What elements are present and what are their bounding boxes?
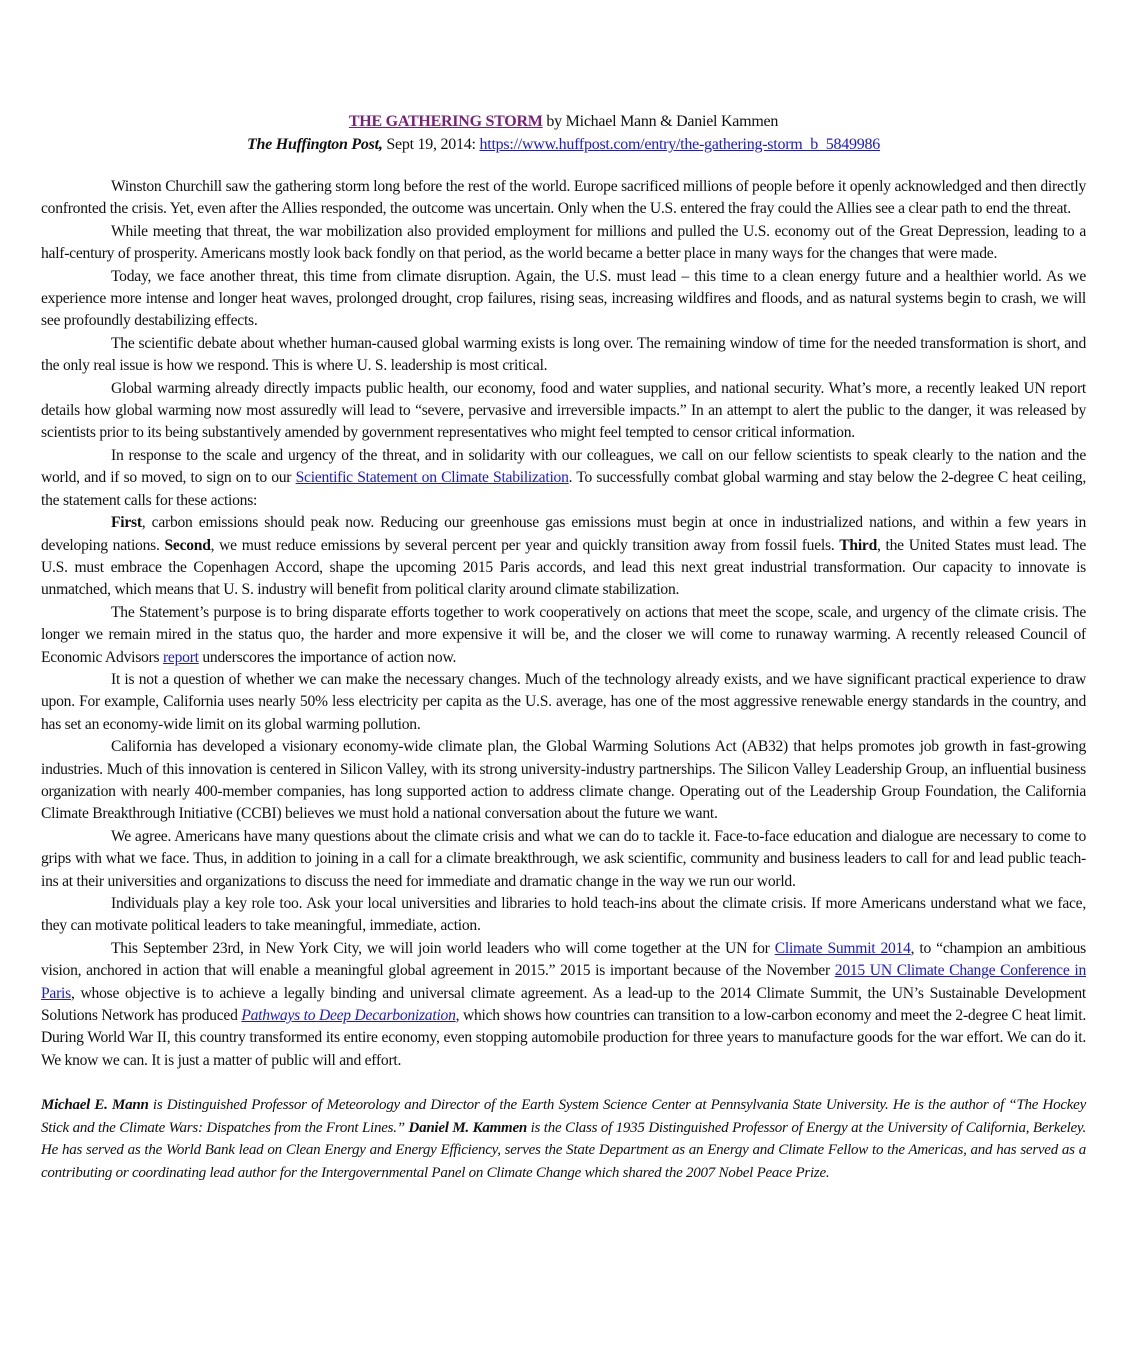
article-title-line: THE GATHERING STORM by Michael Mann & Da… [41,110,1086,133]
paragraph-13: This September 23rd, in New York City, w… [41,938,1086,1072]
publication-date: Sept 19, 2014: [383,136,480,153]
publication-line: The Huffington Post, Sept 19, 2014: http… [41,133,1086,156]
third-label: Third [839,537,877,554]
paragraph-12: Individuals play a key role too. Ask you… [41,893,1086,938]
paragraph-11: We agree. Americans have many questions … [41,826,1086,893]
paragraph-8-text-end: underscores the importance of action now… [199,649,456,666]
report-link[interactable]: report [163,649,199,666]
article-title-link[interactable]: THE GATHERING STORM [349,113,543,130]
second-text: , we must reduce emissions by several pe… [211,537,840,554]
author-name-mann: Michael E. Mann [41,1097,149,1113]
paragraph-5: Global warming already directly impacts … [41,378,1086,445]
paragraph-1: Winston Churchill saw the gathering stor… [41,176,1086,221]
byline: by Michael Mann & Daniel Kammen [543,113,779,130]
paragraph-9: It is not a question of whether we can m… [41,669,1086,736]
paragraph-10: California has developed a visionary eco… [41,736,1086,826]
author-name-kammen: Daniel M. Kammen [409,1120,527,1136]
first-label: First [111,514,142,531]
paragraph-7-actions: First, carbon emissions should peak now.… [41,512,1086,602]
article-document: THE GATHERING STORM by Michael Mann & Da… [41,110,1086,1185]
pathways-decarbonization-link[interactable]: Pathways to Deep Decarbonization [241,1007,455,1024]
climate-summit-link[interactable]: Climate Summit 2014 [775,940,911,957]
paragraph-8: The Statement’s purpose is to bring disp… [41,602,1086,669]
paragraph-6: In response to the scale and urgency of … [41,445,1086,512]
second-label: Second [164,537,210,554]
paragraph-4: The scientific debate about whether huma… [41,333,1086,378]
article-url-link[interactable]: https://www.huffpost.com/entry/the-gathe… [480,136,881,153]
paragraph-3: Today, we face another threat, this time… [41,266,1086,333]
paragraph-13-text-1: This September 23rd, in New York City, w… [111,940,775,957]
scientific-statement-link[interactable]: Scientific Statement on Climate Stabiliz… [296,469,569,486]
paragraph-2: While meeting that threat, the war mobil… [41,221,1086,266]
publication-name: The Huffington Post, [247,136,383,153]
author-bio: Michael E. Mann is Distinguished Profess… [41,1094,1086,1184]
